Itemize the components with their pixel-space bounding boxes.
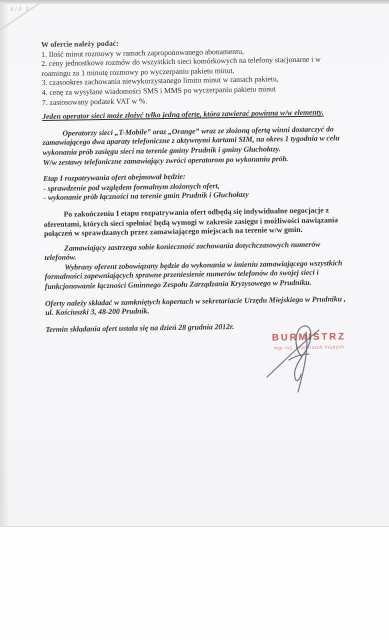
submission-paragraph: Oferty należy składać w zamkniętych kope… (45, 294, 351, 318)
single-offer-notice: Jeden operator sieci może złożyć tylko j… (42, 107, 348, 121)
signature (243, 320, 338, 400)
negotiations-paragraph: Po zakończeniu I etapu rozpatrywania ofe… (44, 205, 350, 239)
scan-left-shadow (0, 4, 9, 526)
scanner-background (0, 527, 389, 640)
pencil-annotation: 4/4 b (10, 6, 31, 14)
scan-top-edge (0, 0, 389, 4)
chosen-offerer-paragraph: Wybrany oferent zobowiązany będzie do wy… (45, 258, 351, 292)
document-body: W ofercie należy podać: 1. Ilość minut r… (41, 35, 352, 334)
